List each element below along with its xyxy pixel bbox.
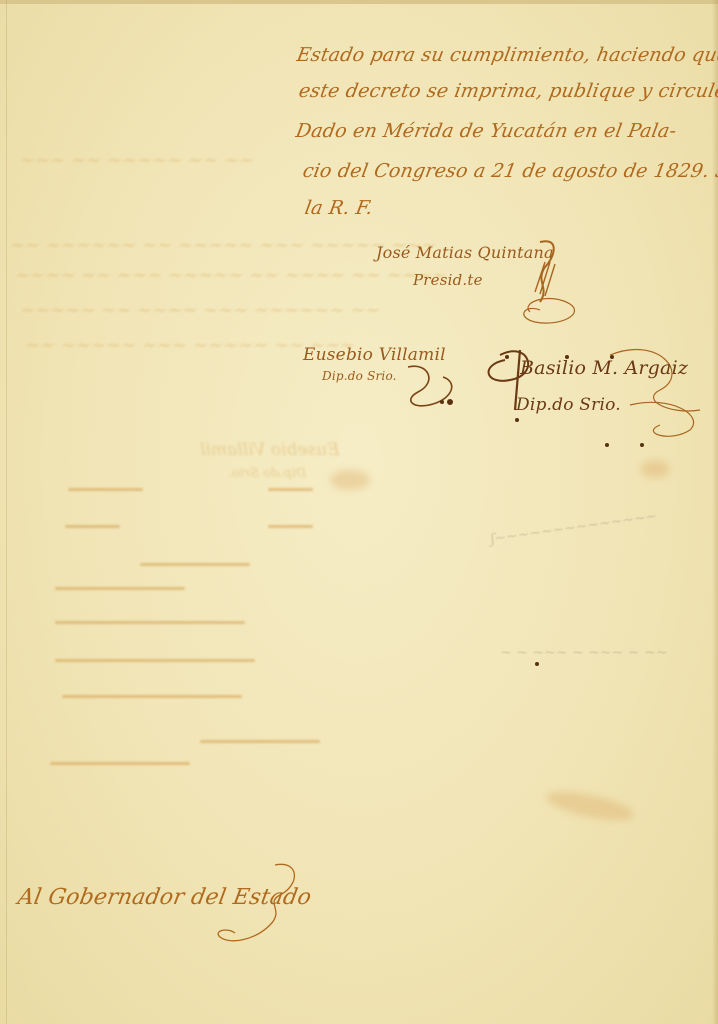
body-line-1: Estado para su cumplimiento, haciendo qu… — [295, 44, 718, 66]
body-line-4: cio del Congreso a 21 de agosto de 1829.… — [301, 160, 718, 182]
manuscript-page: ~~~ ~~ ~~~~~ ~~ ~~ ~~ ~~~~~~ ~~ ~~~~~ ~~… — [0, 0, 718, 1024]
page-left-edge — [6, 0, 7, 1024]
secretary-2-title: Dip.do Srio. — [516, 395, 621, 415]
president-rubric-icon — [500, 232, 590, 332]
secretary-1-title: Dip.do Srio. — [322, 369, 397, 383]
president-title: Presid.te — [413, 271, 483, 289]
secretary-2-name: Basilio M. Argaiz — [520, 357, 688, 379]
address-flourish-icon — [205, 855, 305, 955]
secretary-2-rubric-icon — [460, 335, 710, 445]
page-right-edge — [712, 0, 718, 1024]
page-top-edge — [0, 0, 718, 4]
bleed-signature-title: Dip.do Srio. — [228, 466, 306, 481]
body-line-5: la R. F. — [303, 197, 375, 219]
body-line-2: este decreto se imprima, publique y circ… — [297, 80, 718, 102]
body-line-3: Dado en Mérida de Yucatán en el Pala- — [294, 120, 678, 142]
bleed-signature: Eusebio Villamil — [200, 440, 340, 460]
